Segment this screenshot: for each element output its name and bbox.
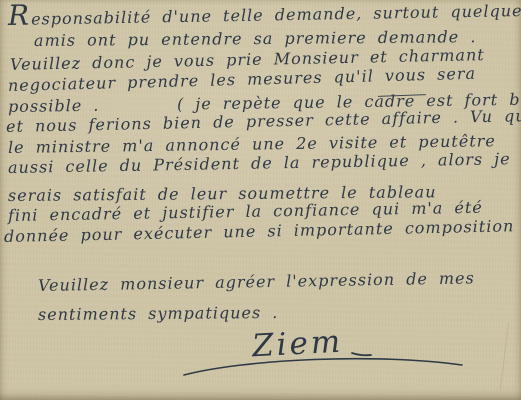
letter-line: Responsabilité d'une telle demande, surt… (8, 0, 521, 30)
signature-flourish-icon (176, 344, 468, 384)
letter-closing-line: sentiments sympatiques . (38, 303, 279, 325)
paper-crease (500, 322, 509, 390)
letter-closing-line: Veuillez monsieur agréer l'expression de… (38, 268, 475, 296)
handwritten-letter-page: Responsabilité d'une telle demande, surt… (0, 0, 521, 400)
